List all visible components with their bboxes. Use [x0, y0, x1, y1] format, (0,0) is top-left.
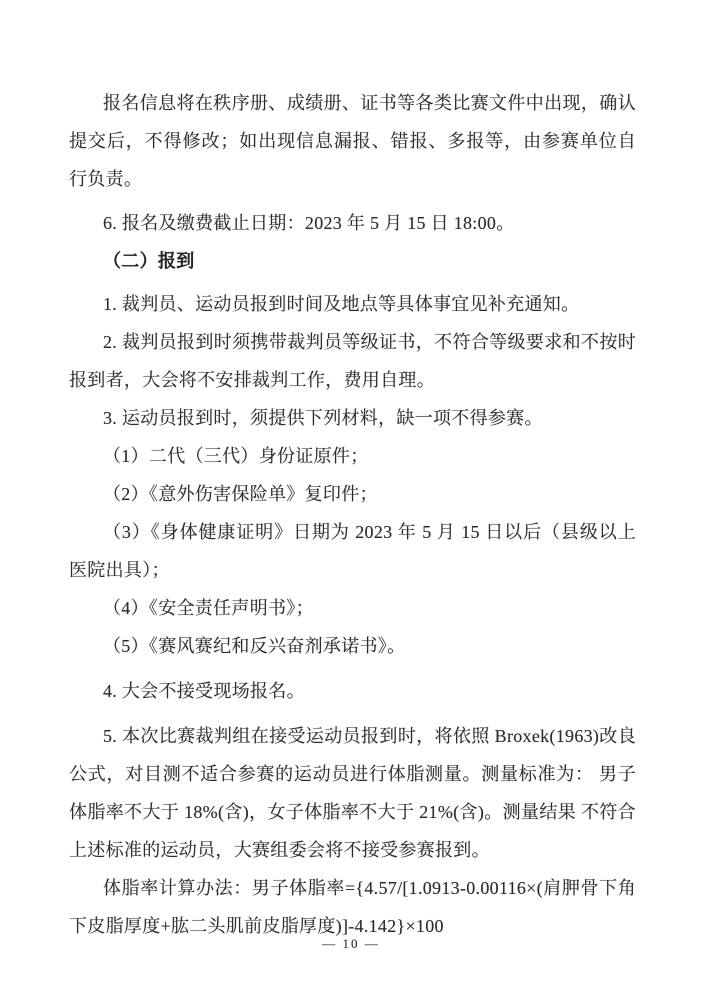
para-referee-requirements: 2. 裁判员报到时须携带裁判员等级证书，不符合等级要求和不按时报到者，大会将不安… — [69, 323, 636, 399]
para-checkin-notice: 1. 裁判员、运动员报到时间及地点等具体事宜见补充通知。 — [69, 285, 636, 323]
document-page: 报名信息将在秩序册、成绩册、证书等各类比赛文件中出现，确认提交后，不得修改；如出… — [0, 0, 702, 992]
item-id-card: （1）二代（三代）身份证原件； — [69, 437, 636, 475]
item-health-certificate: （3）《身体健康证明》日期为 2023 年 5 月 15 日以后（县级以上医院出… — [69, 513, 636, 589]
page-number: — 10 — — [0, 936, 702, 952]
section-heading-checkin: （二）报到 — [69, 242, 636, 280]
para-athlete-materials: 3. 运动员报到时，须提供下列材料，缺一项不得参赛。 — [69, 399, 636, 437]
document-body: 报名信息将在秩序册、成绩册、证书等各类比赛文件中出现，确认提交后，不得修改；如出… — [69, 84, 636, 945]
item-antidoping-pledge: （5）《赛风赛纪和反兴奋剂承诺书》。 — [69, 627, 636, 665]
para-bodyfat-formula: 体脂率计算办法：男子体脂率={4.57/[1.0913-0.00116×(肩胛骨… — [69, 869, 636, 945]
item-accident-insurance: （2）《意外伤害保险单》复印件； — [69, 475, 636, 513]
para-registration-deadline: 6. 报名及缴费截止日期：2023 年 5 月 15 日 18:00。 — [69, 204, 636, 242]
item-safety-statement: （4）《安全责任声明书》； — [69, 589, 636, 627]
para-registration-info: 报名信息将在秩序册、成绩册、证书等各类比赛文件中出现，确认提交后，不得修改；如出… — [69, 84, 636, 198]
para-no-onsite-registration: 4. 大会不接受现场报名。 — [69, 672, 636, 710]
para-bodyfat-measurement: 5. 本次比赛裁判组在接受运动员报到时，将依照 Broxek(1963)改良公式… — [69, 717, 636, 869]
